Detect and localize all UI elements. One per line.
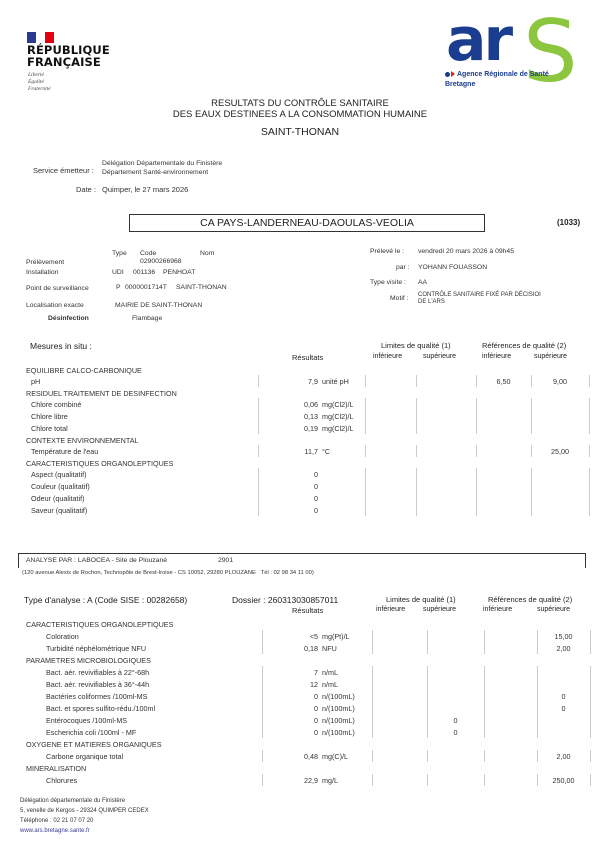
grid-line [258,398,259,434]
grid-line [476,375,477,387]
grid-line [484,774,485,786]
param-name: Aspect (qualitatif) [31,470,87,479]
col-code-header: Code [140,250,156,257]
lim-sup-value: 0 [427,716,484,725]
installation-label: Installation [26,269,59,276]
grid-line [476,445,477,457]
param-name: Saveur (qualitatif) [31,506,87,515]
motif-label: Motif : [390,295,409,302]
param-name: Bact. et spores sulfito-rédu./100ml [46,704,155,713]
result-unit: NFU [322,644,337,653]
ars-logo-s: S [523,12,578,92]
grid-line [484,666,485,738]
lim-sup-value: 0 [427,728,484,737]
param-name: Odeur (qualitatif) [31,494,85,503]
section-title: CONTEXTE ENVIRONNEMENTAL [26,436,138,445]
grid-line [262,774,263,786]
lab-name: ANALYSE PAR : LABOCEA - Site de Plouzané [26,557,167,564]
ref-sup-value: 9,00 [531,377,589,386]
grid-line [365,468,366,516]
ref-sup-value: 0 [537,692,590,701]
grid-line [589,468,590,516]
grid-line [537,630,538,654]
document-title-line1: RESULTATS DU CONTRÔLE SANITAIRE [0,98,600,109]
param-name: Bact. aér. revivifiables à 22°-68h [46,668,149,677]
result-unit: unité pH [322,377,349,386]
distributor-name: CA PAYS-LANDERNEAU-DAOULAS-VEOLIA [129,214,485,232]
ref-inf-value: 6,50 [476,377,531,386]
result-unit: °C [322,447,330,456]
references-header: Références de qualité (2) [482,341,566,350]
grid-line [484,750,485,762]
param-name: Couleur (qualitatif) [31,482,90,491]
grid-line [262,666,263,738]
result-unit: mg(Cl2)/L [322,412,354,421]
document-title-line2: DES EAUX DESTINEES A LA CONSOMMATION HUM… [0,109,600,120]
installation-nom: PENHOAT [163,269,195,276]
preleve-label: Prélevé le : [370,248,404,255]
limites-header: Limites de qualité (1) [381,341,451,350]
result-unit: n/(100mL) [322,704,355,713]
grid-line [365,445,366,457]
lim-sup-header: supérieure [423,606,456,613]
limites-header: Limites de qualité (1) [386,595,456,604]
grid-line [531,445,532,457]
grid-line [590,666,591,738]
table-title: Mesures in situ : [30,341,92,351]
ars-agency-name: Agence Régionale de Santé [445,71,549,78]
grid-line [416,398,417,434]
grid-line [537,666,538,738]
ref-sup-value: 2,00 [537,644,590,653]
grid-line [589,398,590,434]
result-unit: n/mL [322,680,338,689]
grid-line [476,398,477,434]
ref-sup-value: 15,00 [537,632,590,641]
section-title: RESIDUEL TRAITEMENT DE DESINFECTION [26,389,177,398]
result-unit: mg(Cl2)/L [322,424,354,433]
localisation-value: MAIRIE DE SAINT-THONAN [115,302,202,309]
ref-sup-value: 250,00 [537,776,590,785]
point-type: P [116,284,121,291]
website-link[interactable]: www.ars.bretagne.sante.fr [20,826,149,836]
republic-motto: Liberté Égalité Fraternité [28,72,51,93]
result-value: <5 [278,632,318,641]
grid-line [365,375,366,387]
result-unit: mg(Cl2)/L [322,400,354,409]
grid-line [262,630,263,654]
section-title: EQUILIBRE CALCO-CARBONIQUE [26,366,142,375]
ars-region: Bretagne [445,81,475,88]
param-name: Bactéries coliformes /100ml-MS [46,692,147,701]
visite-value: AA [418,279,427,286]
service-label: Service émetteur : [33,166,94,175]
lim-inf-header: inférieure [373,353,402,360]
ars-arrow-icon [451,71,455,77]
param-name: Chlore combiné [31,400,81,409]
service-line2: Département Santé-environnement [102,169,208,176]
french-flag-icon [27,30,55,41]
grid-line [590,750,591,762]
point-label: Point de surveillance [26,285,89,292]
result-value: 0,48 [278,752,318,761]
param-name: Chlore total [31,424,68,433]
result-value: 22,9 [278,776,318,785]
footer-address: Délégation départementale du Finistère 5… [20,796,149,836]
grid-line [416,445,417,457]
preleve-value: vendredi 20 mars 2026 à 09h45 [418,248,514,255]
desinfection-value: Flambage [132,315,162,322]
grid-line [537,774,538,786]
commune-name: SAINT-THONAN [0,126,600,138]
grid-line [531,375,532,387]
grid-line [427,630,428,654]
point-nom: SAINT-THONAN [176,284,227,291]
ref-sup-header: supérieure [537,606,570,613]
motif-value: CONTRÔLE SANITAIRE FIXÉ PAR DÉCISIOI DE … [418,292,541,306]
grid-line [590,774,591,786]
references-header: Références de qualité (2) [488,595,572,604]
result-unit: n/(100mL) [322,716,355,725]
desinfection-label: Désinfection [48,315,89,322]
prelevement-label: Prélèvement [26,259,64,266]
result-unit: n/(100mL) [322,728,355,737]
result-value: 0 [278,728,318,737]
grid-line [476,468,477,516]
grid-line [427,774,428,786]
param-name: Escherichia coli /100ml - MF [46,728,136,737]
grid-line [262,750,263,762]
localisation-label: Localisation exacte [26,302,84,309]
param-name: Température de l'eau [31,447,98,456]
resultats-header: Résultats [292,353,323,362]
ref-inf-header: inférieure [483,606,512,613]
grid-line [416,375,417,387]
grid-line [531,468,532,516]
republique-francaise-logo: RÉPUBLIQUE FRANÇAISE [27,44,110,68]
result-unit: mg(C)/L [322,752,348,761]
param-name: Chlorures [46,776,77,785]
section-title: PARAMETRES MICROBIOLOGIQUES [26,656,151,665]
result-value: 11,7 [278,447,318,456]
grid-line [258,375,259,387]
result-unit: mg/L [322,776,338,785]
grid-line [589,375,590,387]
param-name: Entérocoques /100ml-MS [46,716,127,725]
result-value: 7,9 [278,377,318,386]
ref-sup-header: supérieure [534,353,567,360]
par-value: YOHANN FOUASSON [418,264,487,271]
installation-code: 001136 [133,269,155,276]
grid-line [258,468,259,516]
analysis-type: Type d'analyse : A (Code SISE : 00282658… [24,595,187,605]
section-title: CARACTERISTIQUES ORGANOLEPTIQUES [26,620,173,629]
grid-line [372,750,373,762]
result-unit: n/mL [322,668,338,677]
point-code: 0000001714T [125,284,167,291]
ars-logo-ar: ar [446,10,510,70]
lim-inf-header: inférieure [376,606,405,613]
date-value: Quimper, le 27 mars 2026 [102,185,188,194]
par-label: par : [396,264,410,271]
col-nom-header: Nom [200,250,214,257]
result-value: 7 [278,668,318,677]
grid-line [537,750,538,762]
result-unit: n/(100mL) [322,692,355,701]
result-value: 0 [278,470,318,479]
param-name: Chlore libre [31,412,68,421]
result-value: 0 [278,494,318,503]
grid-line [484,630,485,654]
installation-type: UDI [112,269,124,276]
date-label: Date : [76,185,96,194]
dossier-number: Dossier : 260313030857011 [232,595,338,605]
result-value: 12 [278,680,318,689]
grid-line [589,445,590,457]
result-value: 0,13 [278,412,318,421]
result-unit: mg(Pt)/L [322,632,350,641]
result-value: 0,06 [278,400,318,409]
prelevement-code: 02900266968 [140,258,182,265]
param-name: Turbidité néphélométrique NFU [46,644,146,653]
grid-line [531,398,532,434]
result-value: 0 [278,482,318,491]
result-value: 0 [278,704,318,713]
param-name: pH [31,377,40,386]
ars-dot-icon [445,72,450,77]
grid-line [427,750,428,762]
result-value: 0,19 [278,424,318,433]
result-value: 0 [278,692,318,701]
result-value: 0 [278,506,318,515]
resultats-header: Résultats [292,606,323,615]
lab-code: 2901 [218,557,233,564]
grid-line [372,774,373,786]
grid-line [258,445,259,457]
grid-line [372,630,373,654]
section-title: MINERALISATION [26,764,86,773]
param-name: Coloration [46,632,79,641]
ref-inf-header: inférieure [482,353,511,360]
lab-address: (120 avenue Alexis de Rochon, Technopôle… [22,570,314,576]
lim-sup-header: supérieure [423,353,456,360]
distributor-code: (1033) [557,218,580,227]
param-name: Carbone organique total [46,752,123,761]
grid-line [427,666,428,738]
grid-line [365,398,366,434]
param-name: Bact. aér. revivifiables à 36°-44h [46,680,149,689]
grid-line [372,666,373,738]
ref-sup-value: 25,00 [531,447,589,456]
result-value: 0 [278,716,318,725]
visite-label: Type visite : [370,279,406,286]
service-line1: Délégation Départementale du Finistère [102,160,222,167]
result-value: 0,18 [278,644,318,653]
section-title: OXYGENE ET MATIERES ORGANIQUES [26,740,162,749]
grid-line [590,630,591,654]
col-type-header: Type [112,250,127,257]
grid-line [416,468,417,516]
ref-sup-value: 2,00 [537,752,590,761]
ref-sup-value: 0 [537,704,590,713]
section-title: CARACTERISTIQUES ORGANOLEPTIQUES [26,459,173,468]
